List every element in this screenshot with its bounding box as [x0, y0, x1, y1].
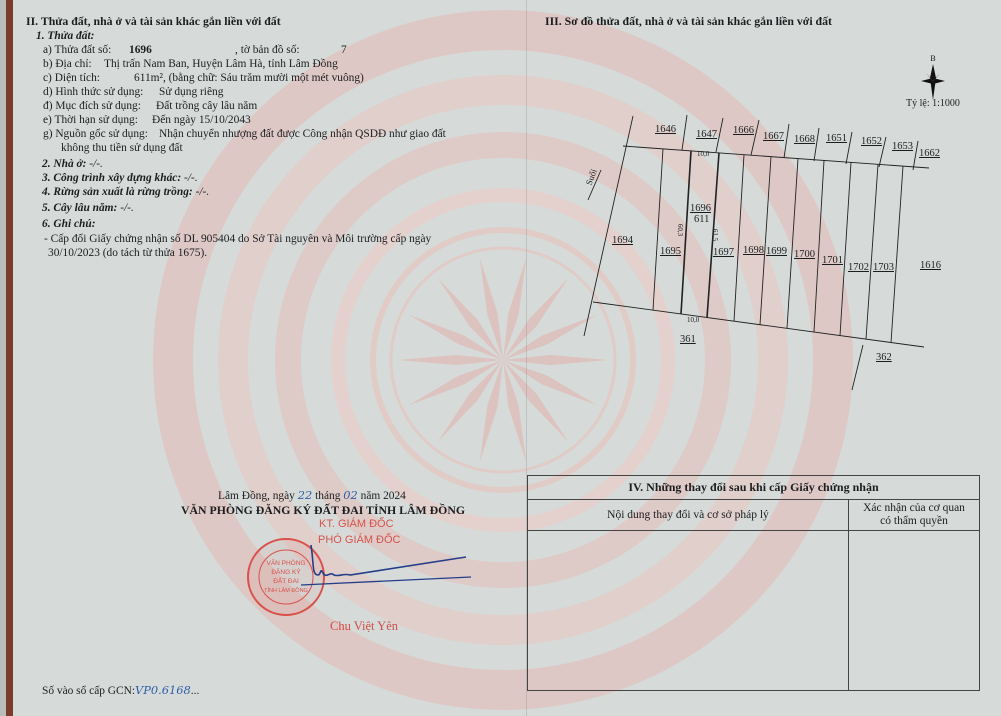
col-authority-line2: có thẩm quyền [849, 515, 979, 528]
neighbor-parcel-1702: 1702 [848, 262, 869, 273]
neighbor-parcel-1662: 1662 [919, 148, 940, 159]
cover-edge [6, 0, 13, 716]
col-authority-confirmation: Xác nhận của cơ quan có thẩm quyền [849, 500, 979, 530]
edge-length-left: 60,3 [676, 224, 684, 236]
neighbor-parcel-361: 361 [680, 334, 696, 345]
neighbor-parcel-1667: 1667 [763, 131, 784, 142]
changes-table-header: Nội dung thay đổi và cơ sở pháp lý Xác n… [528, 500, 979, 531]
neighbor-parcel-1666: 1666 [733, 125, 754, 136]
neighbor-parcel-1701: 1701 [822, 255, 843, 266]
neighbor-parcel-1653: 1653 [892, 141, 913, 152]
neighbor-parcel-1703: 1703 [873, 262, 894, 273]
neighbor-parcel-1697: 1697 [713, 247, 734, 258]
changes-table-body [528, 531, 979, 690]
neighbor-parcel-362: 362 [876, 352, 892, 363]
col-change-content: Nội dung thay đổi và cơ sở pháp lý [528, 500, 849, 530]
neighbor-parcel-1646: 1646 [655, 124, 676, 135]
neighbor-parcel-1694: 1694 [612, 235, 633, 246]
changes-table-title: IV. Những thay đổi sau khi cấp Giấy chứn… [528, 476, 979, 500]
subject-parcel-number: 1696 [690, 203, 711, 214]
neighbor-parcel-1699: 1699 [766, 246, 787, 257]
certificate-page: II. Thửa đất, nhà ở và tài sản khác gắn … [6, 0, 1001, 716]
edge-length-top: 10,0 [697, 150, 709, 158]
neighbor-parcel-1616: 1616 [920, 260, 941, 271]
neighbor-parcel-1647: 1647 [696, 129, 717, 140]
edge-length-bottom: 10,0 [687, 316, 699, 324]
col-authority-line1: Xác nhận của cơ quan [849, 502, 979, 515]
edge-length-right: 61,5 [711, 229, 719, 241]
neighbor-parcel-1652: 1652 [861, 136, 882, 147]
neighbor-parcel-1695: 1695 [660, 246, 681, 257]
neighbor-parcel-1651: 1651 [826, 133, 847, 144]
changes-table: IV. Những thay đổi sau khi cấp Giấy chứn… [527, 475, 980, 691]
changes-content-cell [528, 531, 849, 690]
subject-parcel-area: 611 [694, 214, 709, 225]
neighbor-parcel-1698: 1698 [743, 245, 764, 256]
neighbor-parcel-1668: 1668 [794, 134, 815, 145]
neighbor-parcel-1700: 1700 [794, 249, 815, 260]
